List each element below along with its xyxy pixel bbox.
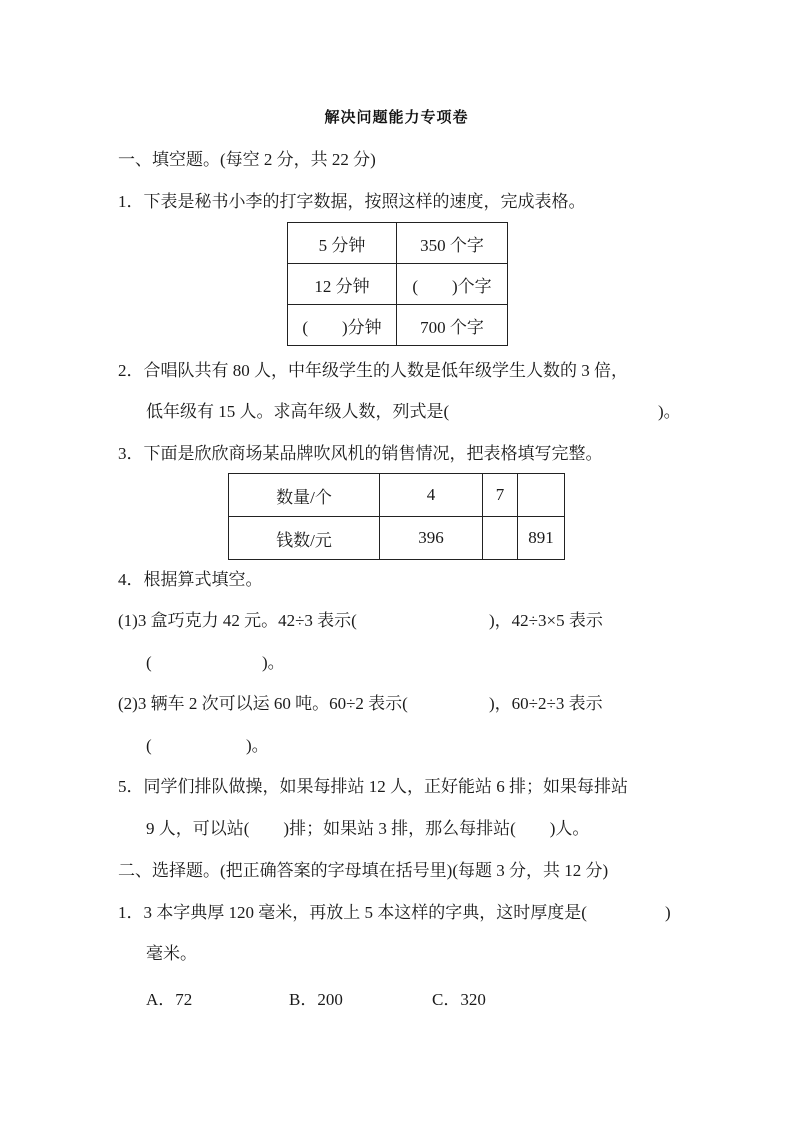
q4-p2-line1: (2)3 辆车 2 次可以运 60 吨。60÷2 表示( (118, 693, 408, 715)
q4-p1-line1: (1)3 盒巧克力 42 元。42÷3 表示( (118, 610, 357, 632)
table-cell: 7 (483, 474, 518, 517)
q4-p1-line1-end: )，42÷3×5 表示 (489, 610, 603, 632)
table-cell: 700 个字 (397, 305, 508, 346)
s2-q1-line1-end: ) (665, 902, 671, 924)
q4-p2-line2-open: ( (146, 735, 152, 757)
table-row: 数量/个 4 7 (229, 474, 565, 517)
table-cell-blank[interactable] (518, 474, 565, 517)
table-cell: 4 (380, 474, 483, 517)
table-cell: 891 (518, 517, 565, 560)
section2-heading: 二、选择题。(把正确答案的字母填在括号里)(每题 3 分，共 12 分) (118, 860, 608, 882)
q4-p1-line2-end: )。 (262, 652, 285, 674)
q2-line2: 低年级有 15 人。求高年级人数，列式是( (146, 401, 449, 423)
q5-line1: 5．同学们排队做操，如果每排站 12 人，正好能站 6 排；如果每排站 (118, 776, 628, 798)
table-cell: 396 (380, 517, 483, 560)
table-row: 钱数/元 396 891 (229, 517, 565, 560)
table-cell: 5 分钟 (288, 223, 397, 264)
table-cell: 钱数/元 (229, 517, 380, 560)
q2-line1: 2．合唱队共有 80 人，中年级学生的人数是低年级学生人数的 3 倍， (118, 360, 628, 382)
q2-answer-close: )。 (658, 401, 681, 423)
q3-text: 3．下面是欣欣商场某品牌吹风机的销售情况，把表格填写完整。 (118, 443, 603, 465)
table-cell: 350 个字 (397, 223, 508, 264)
option-c[interactable]: C．320 (432, 985, 486, 1010)
table-cell-blank[interactable]: ( )个字 (397, 264, 508, 305)
table-row: 5 分钟 350 个字 (288, 223, 508, 264)
table-cell-blank[interactable]: ( )分钟 (288, 305, 397, 346)
s2-q1-line2: 毫米。 (146, 943, 197, 965)
table-cell: 数量/个 (229, 474, 380, 517)
q4-text: 4．根据算式填空。 (118, 569, 263, 591)
table-cell-blank[interactable] (483, 517, 518, 560)
q4-p2-line1-end: )，60÷2÷3 表示 (489, 693, 603, 715)
option-a[interactable]: A．72 (146, 985, 192, 1010)
q5-line2: 9 人，可以站( )排；如果站 3 排，那么每排站( )人。 (146, 818, 589, 840)
q4-p2-line2-end: )。 (246, 735, 269, 757)
q1-text: 1．下表是秘书小李的打字数据，按照这样的速度，完成表格。 (118, 191, 586, 213)
q4-p1-line2-open: ( (146, 652, 152, 674)
section1-heading: 一、填空题。(每空 2 分，共 22 分) (118, 149, 376, 171)
s2-q1-line1: 1．3 本字典厚 120 毫米，再放上 5 本这样的字典，这时厚度是( (118, 902, 587, 924)
typing-data-table: 5 分钟 350 个字 12 分钟 ( )个字 ( )分钟 700 个字 (287, 222, 508, 346)
table-row: 12 分钟 ( )个字 (288, 264, 508, 305)
sales-table: 数量/个 4 7 钱数/元 396 891 (228, 473, 565, 560)
table-cell: 12 分钟 (288, 264, 397, 305)
page-title: 解决问题能力专项卷 (0, 106, 793, 127)
table-row: ( )分钟 700 个字 (288, 305, 508, 346)
option-b[interactable]: B．200 (289, 985, 343, 1010)
